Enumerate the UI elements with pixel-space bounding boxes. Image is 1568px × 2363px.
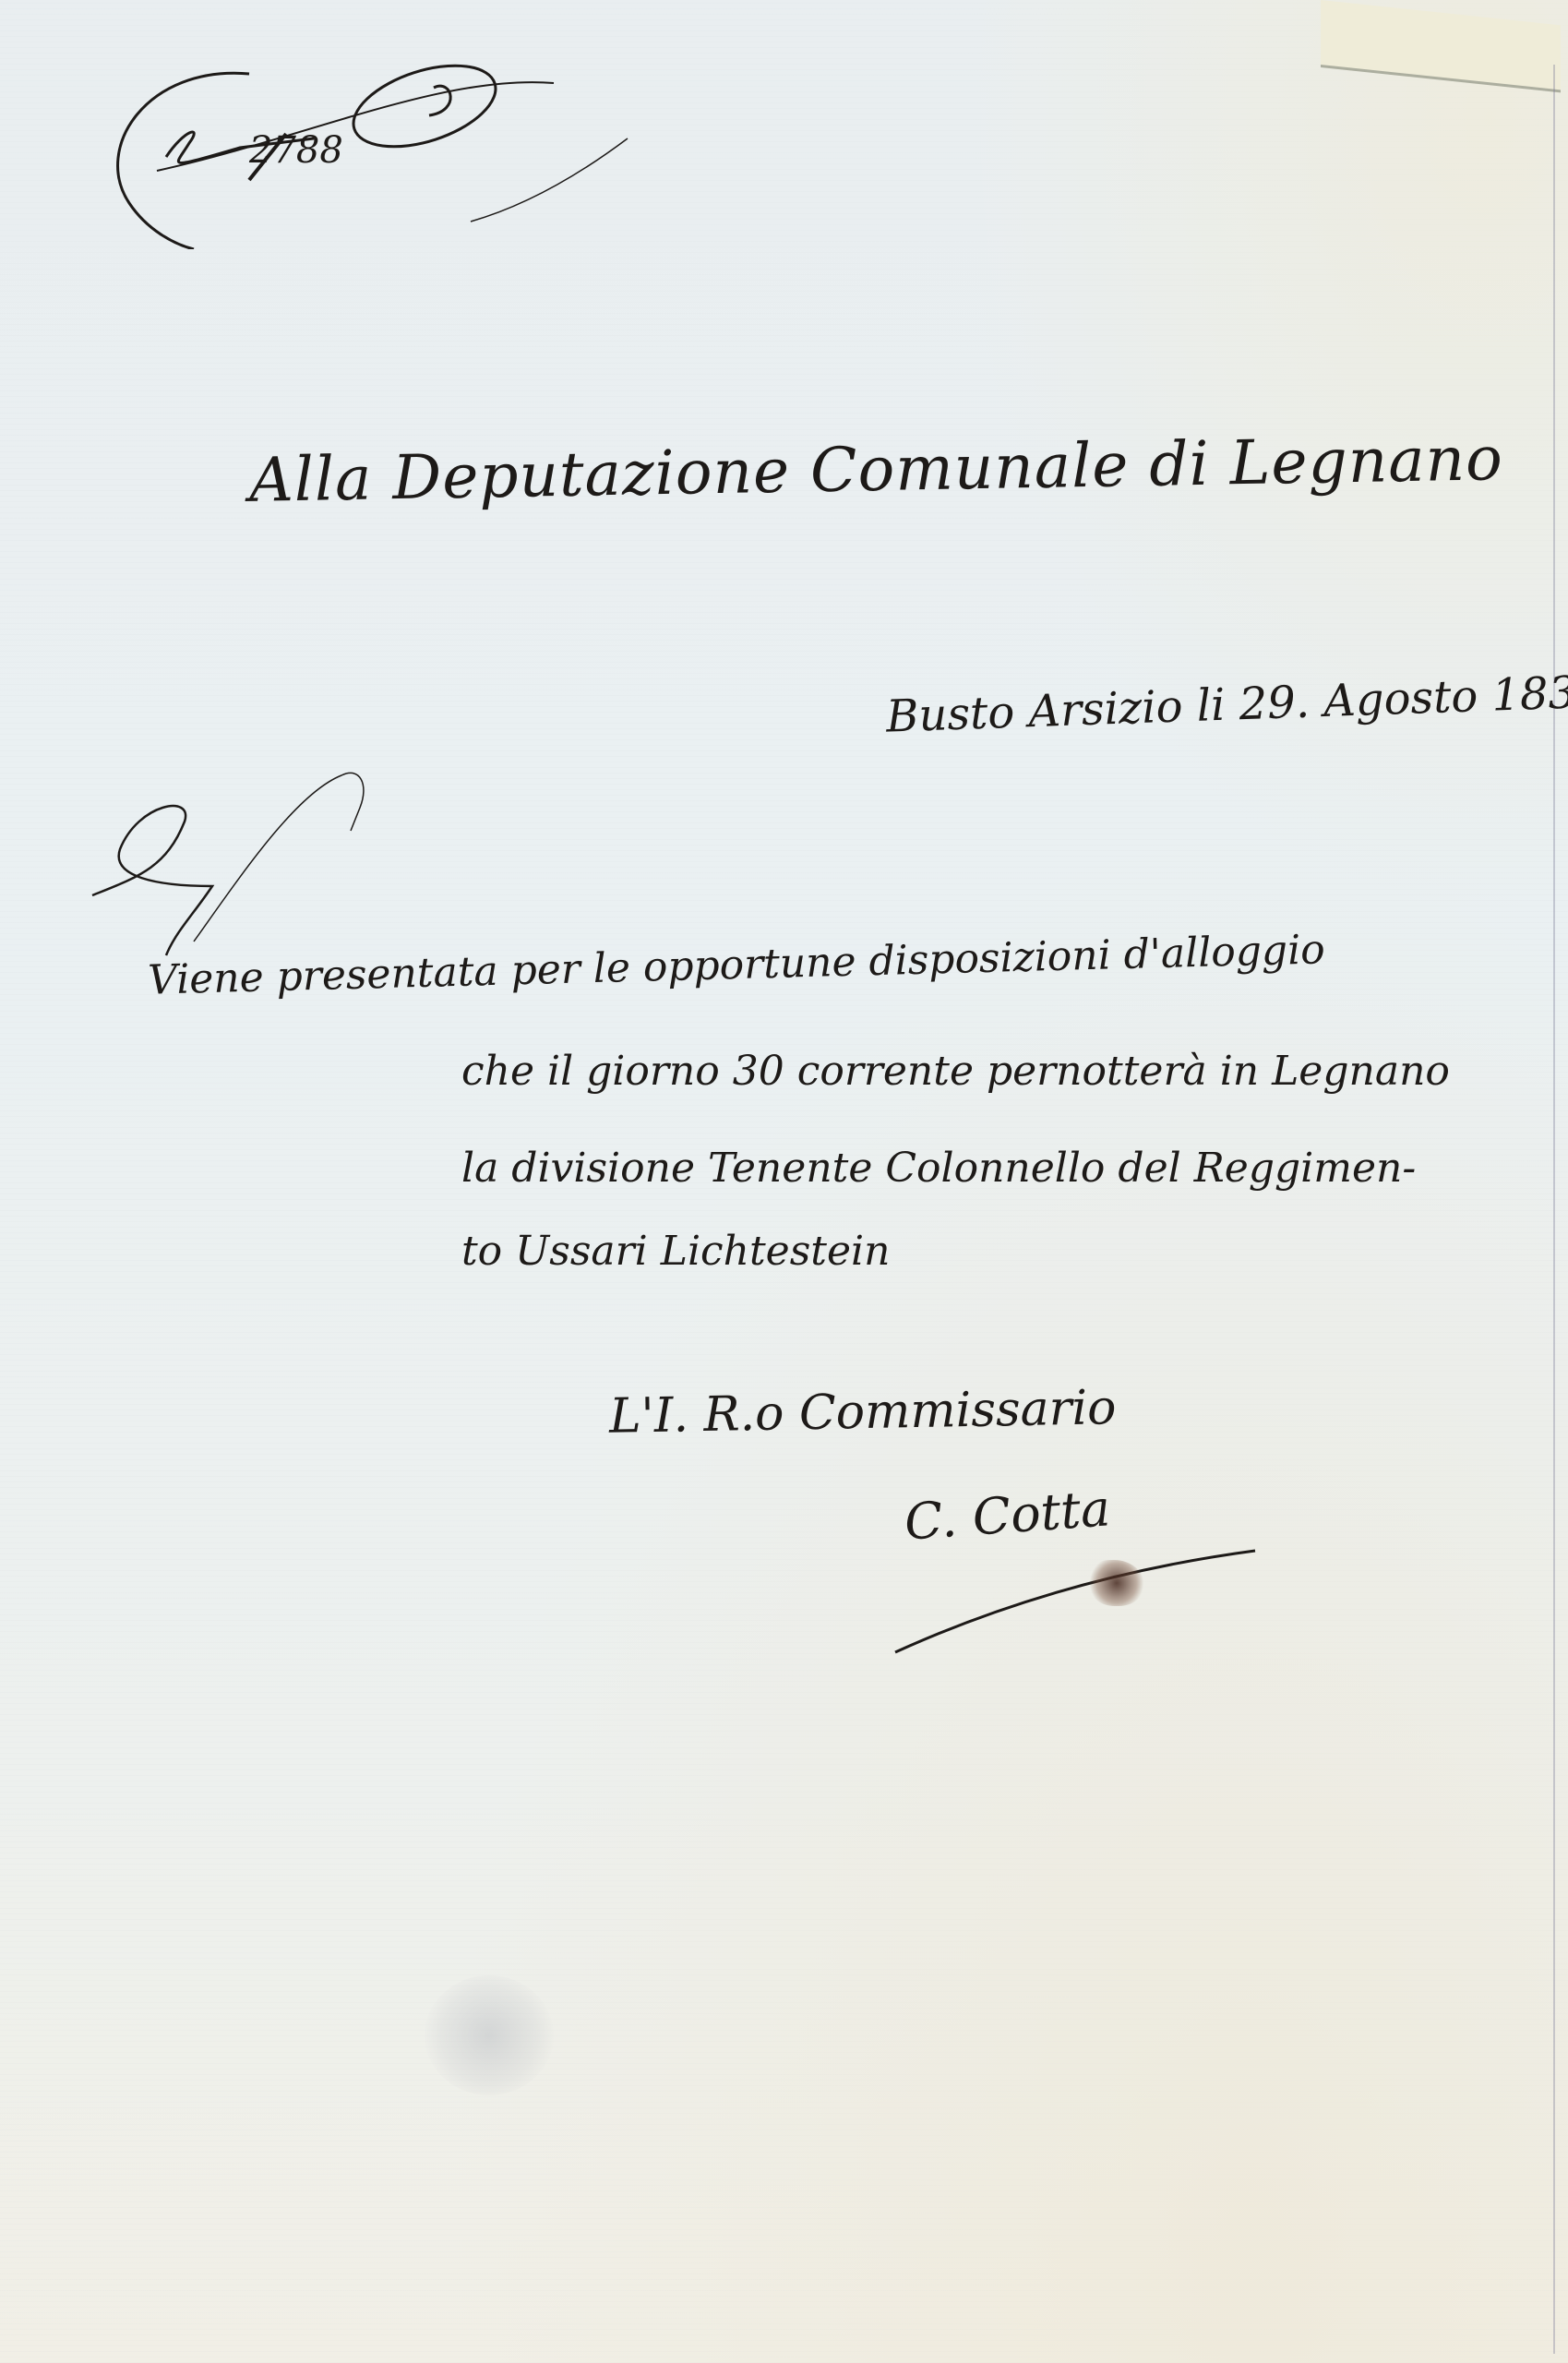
body-line-4: to Ussari Lichtestein — [461, 1228, 890, 1275]
initial-flourish-icon — [83, 757, 452, 964]
paper-stain — [425, 1975, 554, 2095]
protocol-flourish-icon — [74, 37, 646, 249]
body-line-3: la divisione Tenente Colonnello del Regg… — [461, 1145, 1416, 1192]
closing-title: L'I. R.o Commissario — [609, 1380, 1117, 1445]
protocol-number: 2788 — [249, 129, 343, 172]
paper-edge — [1553, 65, 1555, 2354]
ink-blot — [1089, 1560, 1144, 1606]
body-line-2: che il giorno 30 corrente pernotterà in … — [461, 1048, 1450, 1095]
